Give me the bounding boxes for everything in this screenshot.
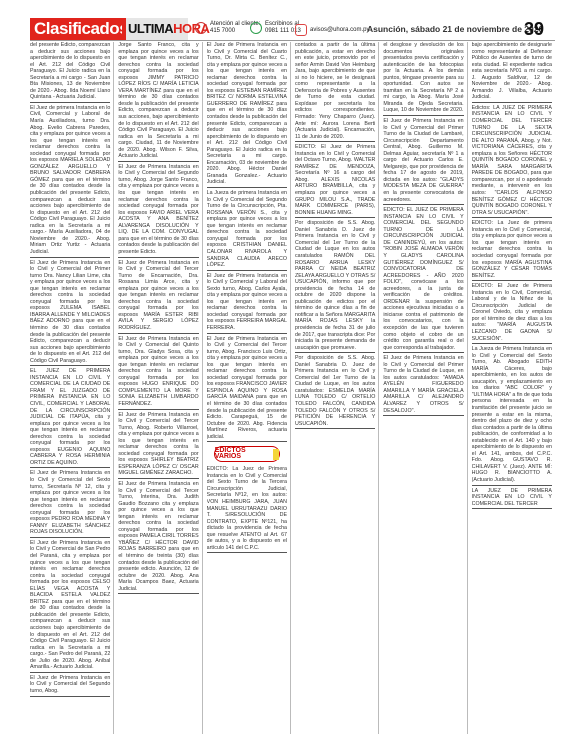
email-address: avisos@uhora.com.py [310,27,369,34]
column-5: el desglose y devolución de los document… [383,42,467,734]
classified-notice: La Jueza de primera Instancia en lo Civi… [207,190,287,271]
classified-notice: El Juez de Primera Instancia en lo Civil… [118,336,198,410]
classified-notice: El Juez de Primera Instancia en lo Civil… [383,355,463,416]
column-3: El Juez de Primera Instancia en lo Civil… [207,42,291,734]
classified-notice: El Juez de Primera Instancia en lo Civil… [118,481,198,594]
column-4: contados a partir de la última publicaci… [295,42,379,734]
classified-notice: El Juez de Primera Instancia en lo Civil… [118,412,198,479]
classified-notice: del presente Edicto, comparezcan a deduc… [30,42,110,103]
classified-notice: El Juez de primera Instancia en lo Civil… [30,105,110,258]
contact-email: avisos@uhora.com.py [295,24,369,36]
section-title: Clasificados [30,18,130,40]
classified-notice: EL JUEZ DE PRIMERA INSTANCIA EN LO CIVIL… [30,368,110,468]
whatsapp-label: Escribinos al [265,21,299,27]
classified-notice: El Juez de Primera Instancia en lo Civil… [30,470,110,537]
classified-notice: Jorge Santo Franco, cita y emplaza por q… [118,42,198,162]
header-divider [30,40,555,41]
classified-notice: El Juez de Primera Instancia en lo Civil… [383,118,463,205]
classified-notice: EDICTO: El Juez de Primera Instancia en … [295,144,375,218]
classified-notice: El Juez de Primera Instancia en lo Civil… [207,273,287,334]
classified-notice: EDICTO: La Juez de Primera Instancia en … [207,466,287,553]
classifieds-columns: del presente Edicto, comparezcan a deduc… [30,42,555,734]
column-6: bajo apercibimiento de designarle como r… [472,42,555,734]
classified-notice: bajo apercibimiento de designarle como r… [472,42,552,103]
classified-notice: EDICTO: El Juez de Primera Instancia en … [472,283,552,344]
contact-whatsapp: Escribinos al0981 111 013 [250,21,301,35]
classified-notice: Por disposición de S.S. Abog. Daniel San… [295,220,375,353]
column-1: del presente Edicto, comparezcan a deduc… [30,42,114,734]
classified-notice: Edictos: LA JUEZ DE PRIMERA INSTANCIA EN… [472,105,552,218]
banner-label: EDICTOS VARIOS [215,448,267,461]
logo-ultima: ULTIMA [128,21,173,36]
column-2: Jorge Santo Franco, cita y emplaza por q… [118,42,202,734]
page-number: 39 [524,19,544,40]
classified-notice: El Juez de Primera Instancia en lo Civil… [118,164,198,258]
classified-notice: El Juez de Primera Instancia en lo Civil… [207,42,287,188]
phone-number: 415 7000 [210,28,235,34]
mail-icon [295,24,307,36]
classified-notice: El Juez de Primera Instancia en lo Civil… [207,336,287,443]
classified-notice: El Juez de Primera Instancia en lo Civil… [30,675,110,697]
classified-notice: el desglose y devolución de los document… [383,42,463,116]
classified-notice: El Juez de Primera Instancia en lo Civil… [30,540,110,673]
classified-notice: contados a partir de la última publicaci… [295,42,375,142]
page-header: Clasificados ULTIMAHORA Atención al clie… [0,18,580,40]
classified-notice: La Jueza de Primera Instancia en lo Civi… [472,346,552,485]
classified-notice: Por disposición de S.S. Abog. Daniel San… [295,355,375,429]
classified-notice: EDICTO: EL JUEZ DE PRIMERA INSTANCIA EN … [383,207,463,353]
banner-tag-icon [273,449,279,460]
classified-notice: EDICTO: La Juez de primera Instancia en … [472,220,552,281]
issue-date: Asunción, sábado 21 de noviembre de 2020 [367,24,543,34]
whatsapp-icon [250,22,262,34]
edictos-varios-banner: EDICTOS VARIOS [214,446,280,462]
classified-notice: El Juez de Primera Instancia en lo Civil… [118,260,198,334]
classified-notice: El Juez de Primera Instancia en lo Civil… [30,260,110,367]
classified-notice: LA JUEZ DE PRIMERA INSTANCIA EN LO CIVIL… [472,488,552,510]
phone-icon [195,22,207,34]
